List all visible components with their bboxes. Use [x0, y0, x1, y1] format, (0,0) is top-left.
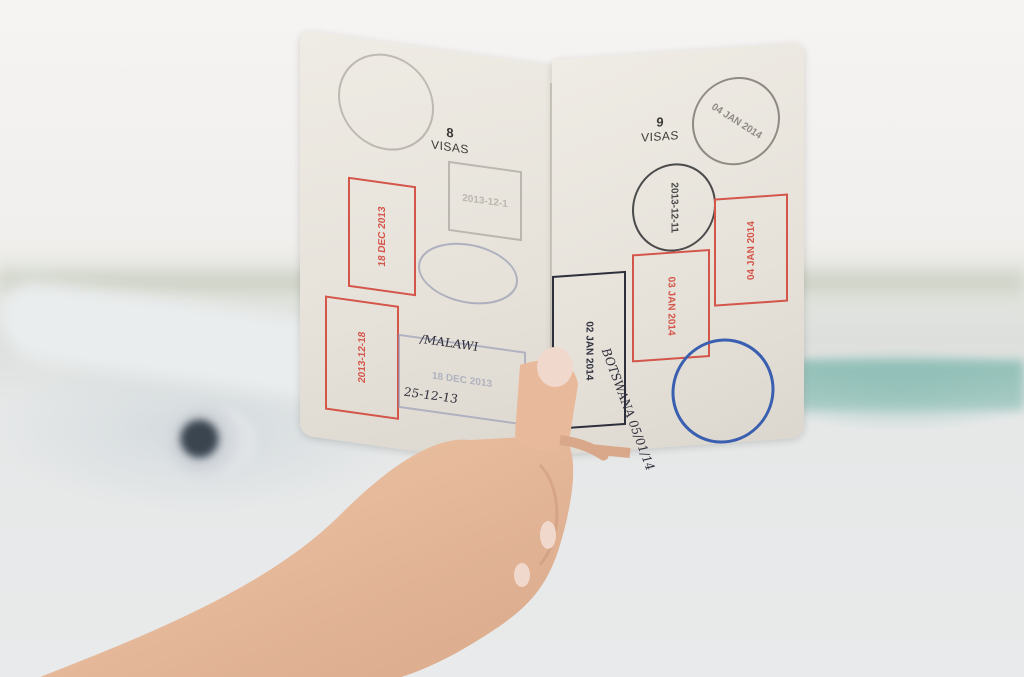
stamp: 2013-12-1	[448, 161, 522, 241]
hand-holding-passport	[0, 345, 640, 677]
stamp-round-faded	[338, 47, 434, 156]
visas-heading: VISAS	[430, 137, 470, 157]
stamp-round: 04 JAN 2014	[692, 74, 780, 168]
stamp-oval	[418, 237, 518, 311]
page-number-label: 9 VISAS	[640, 113, 680, 145]
stamp-text: 2013-12-11	[669, 182, 680, 233]
stamp-round: 2013-12-11	[632, 161, 716, 255]
stamp-text: 2013-12-1	[462, 192, 508, 209]
page-number-label: 8 VISAS	[430, 122, 470, 157]
page-number: 8	[446, 125, 453, 141]
visas-heading: VISAS	[640, 128, 680, 145]
stamp: 04 JAN 2014	[714, 193, 788, 306]
stamp-text: 18 DEC 2013	[377, 206, 388, 268]
stamp-text: 04 JAN 2014	[746, 220, 757, 280]
page-number: 9	[656, 114, 663, 130]
stamp-text: 04 JAN 2014	[709, 101, 764, 141]
stamp: 18 DEC 2013	[348, 177, 416, 297]
jet-bridge	[800, 360, 1024, 410]
stamp-text: 03 JAN 2014	[666, 276, 677, 336]
